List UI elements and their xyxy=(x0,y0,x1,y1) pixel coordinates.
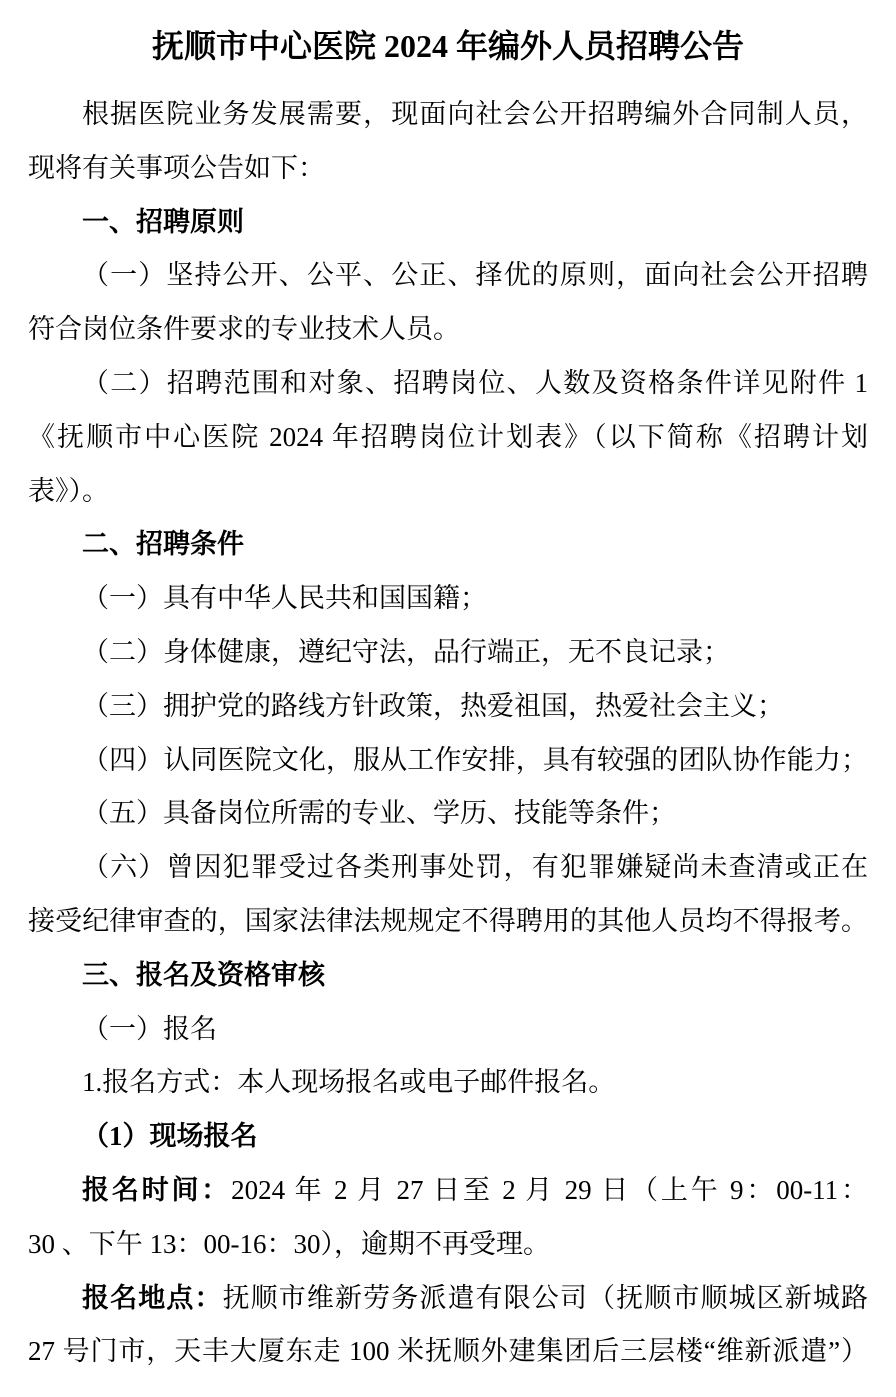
line-text: 27 号门市，天丰大厦东走 100 米抚顺外建集团后三层楼“维新派遣”） xyxy=(28,1336,868,1366)
doc-line: （一）具有中华人民共和国国籍； xyxy=(28,572,868,626)
field-label: 报名地点： xyxy=(82,1283,223,1313)
sub-heading: （1）现场报名 xyxy=(28,1110,868,1164)
doc-line: 1.报名方式：本人现场报名或电子邮件报名。 xyxy=(28,1056,868,1110)
doc-line: （二）身体健康，遵纪守法，品行端正，无不良记录； xyxy=(28,626,868,680)
doc-line: （四）认同医院文化，服从工作安排，具有较强的团队协作能力； xyxy=(28,734,868,788)
line-text: 2024 年 2 月 27 日至 2 月 29 日（上午 9：00-11： xyxy=(231,1175,868,1205)
line-text: 1.报名方式：本人现场报名或电子邮件报名。 xyxy=(82,1067,615,1097)
heading-text: 三、报名及资格审核 xyxy=(82,960,325,990)
doc-line: 27 号门市，天丰大厦东走 100 米抚顺外建集团后三层楼“维新派遣”） xyxy=(28,1325,868,1379)
doc-line: 《抚顺市中心医院 2024 年招聘岗位计划表》（以下简称《招聘计划 xyxy=(28,411,868,465)
doc-title: 抚顺市中心医院 2024 年编外人员招聘公告 xyxy=(28,14,868,78)
doc-line: （六）曾因犯罪受过各类刑事处罚，有犯罪嫌疑尚未查清或正在 xyxy=(28,841,868,895)
line-text: （一）坚持公开、公平、公正、择优的原则，面向社会公开招聘 xyxy=(82,260,868,290)
doc-line: （二）招聘范围和对象、招聘岗位、人数及资格条件详见附件 1 xyxy=(28,357,868,411)
section-heading: 一、招聘原则 xyxy=(28,196,868,250)
heading-text: 一、招聘原则 xyxy=(82,207,244,237)
line-text: （二）身体健康，遵纪守法，品行端正，无不良记录； xyxy=(82,637,730,667)
line-text: （三）拥护党的路线方针政策，热爱祖国，热爱社会主义； xyxy=(82,691,784,721)
doc-line: （一）报名 xyxy=(28,1003,868,1057)
doc-line: 根据医院业务发展需要，现面向社会公开招聘编外合同制人员， xyxy=(28,88,868,142)
line-text: 30 、下午 13：00-16：30），逾期不再受理。 xyxy=(28,1229,550,1259)
line-text: 根据医院业务发展需要，现面向社会公开招聘编外合同制人员， xyxy=(82,99,868,129)
line-text: 符合岗位条件要求的专业技术人员。 xyxy=(28,314,460,344)
line-text: 《抚顺市中心医院 2024 年招聘岗位计划表》（以下简称《招聘计划 xyxy=(28,422,868,452)
doc-line: 符合岗位条件要求的专业技术人员。 xyxy=(28,303,868,357)
line-text: 现将有关事项公告如下： xyxy=(28,153,325,183)
line-text: 抚顺市维新劳务派遣有限公司（抚顺市顺城区新城路 xyxy=(223,1283,868,1313)
field-label: 报名时间： xyxy=(82,1175,231,1205)
doc-line: 表》）。 xyxy=(28,465,868,519)
heading-text: 二、招聘条件 xyxy=(82,529,244,559)
line-text: 表》）。 xyxy=(28,476,109,506)
document-page: 抚顺市中心医院 2024 年编外人员招聘公告 根据医院业务发展需要，现面向社会公… xyxy=(0,0,896,1397)
line-text: （一）具有中华人民共和国国籍； xyxy=(82,583,487,613)
line-text: （四）认同医院文化，服从工作安排，具有较强的团队协作能力； xyxy=(82,745,868,775)
doc-line: 现将有关事项公告如下： xyxy=(28,142,868,196)
line-text: （五）具备岗位所需的专业、学历、技能等条件； xyxy=(82,798,676,828)
section-heading: 二、招聘条件 xyxy=(28,518,868,572)
doc-line: 接受纪律审查的，国家法律法规规定不得聘用的其他人员均不得报考。 xyxy=(28,895,868,949)
line-text: （二）招聘范围和对象、招聘岗位、人数及资格条件详见附件 1 xyxy=(82,368,868,398)
line-text: （一）报名 xyxy=(82,1014,217,1044)
doc-line: （五）具备岗位所需的专业、学历、技能等条件； xyxy=(28,787,868,841)
doc-line: （一）坚持公开、公平、公正、择优的原则，面向社会公开招聘 xyxy=(28,249,868,303)
doc-line: 报名地点：抚顺市维新劳务派遣有限公司（抚顺市顺城区新城路 xyxy=(28,1272,868,1326)
section-heading: 三、报名及资格审核 xyxy=(28,949,868,1003)
line-text: 接受纪律审查的，国家法律法规规定不得聘用的其他人员均不得报考。 xyxy=(28,906,868,936)
doc-line: 报名时间：2024 年 2 月 27 日至 2 月 29 日（上午 9：00-1… xyxy=(28,1164,868,1218)
doc-line: 30 、下午 13：00-16：30），逾期不再受理。 xyxy=(28,1218,868,1272)
heading-text: （1）现场报名 xyxy=(82,1121,258,1151)
line-text: （六）曾因犯罪受过各类刑事处罚，有犯罪嫌疑尚未查清或正在 xyxy=(82,852,868,882)
doc-line: （三）拥护党的路线方针政策，热爱祖国，热爱社会主义； xyxy=(28,680,868,734)
